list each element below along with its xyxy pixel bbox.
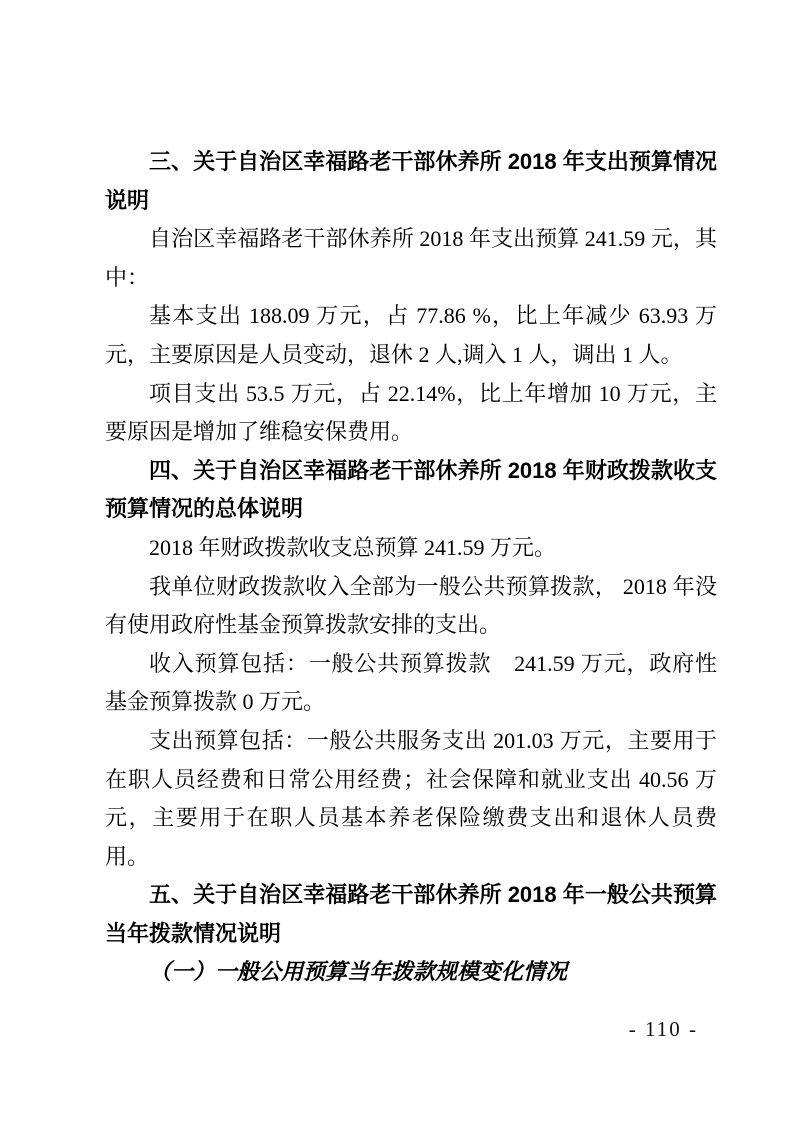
section-heading-three: 三、关于自治区幸福路老干部休养所 2018 年支出预算情况说明 <box>105 143 717 220</box>
document-page: 三、关于自治区幸福路老干部休养所 2018 年支出预算情况说明 自治区幸福路老干… <box>0 0 793 1122</box>
paragraph-fiscal-total-budget: 2018 年财政拨款收支总预算 241.59 万元。 <box>105 529 717 568</box>
paragraph-project-expenditure: 项目支出 53.5 万元，占 22.14%，比上年增加 10 万元，主要原因是增… <box>105 375 717 452</box>
page-number: - 110 - <box>629 1017 698 1041</box>
document-body: 三、关于自治区幸福路老干部休养所 2018 年支出预算情况说明 自治区幸福路老干… <box>105 143 717 992</box>
paragraph-expenditure-budget: 支出预算包括：一般公共服务支出 201.03 万元，主要用于在职人员经费和日常公… <box>105 722 717 876</box>
paragraph-fiscal-funding-source: 我单位财政拨款收入全部为一般公共预算拨款， 2018 年没有使用政府性基金预算拨… <box>105 568 717 645</box>
paragraph-income-budget: 收入预算包括：一般公共预算拨款 241.59 万元，政府性基金预算拨款 0 万元… <box>105 645 717 722</box>
paragraph-basic-expenditure: 基本支出 188.09 万元，占 77.86 %，比上年减少 63.93 万元，… <box>105 297 717 374</box>
subsection-heading-one: （一）一般公用预算当年拨款规模变化情况 <box>105 953 717 992</box>
paragraph-total-expenditure: 自治区幸福路老干部休养所 2018 年支出预算 241.59 元，其中： <box>105 220 717 297</box>
section-heading-five: 五、关于自治区幸福路老干部休养所 2018 年一般公共预算当年拨款情况说明 <box>105 876 717 953</box>
section-heading-four: 四、关于自治区幸福路老干部休养所 2018 年财政拨款收支预算情况的总体说明 <box>105 452 717 529</box>
